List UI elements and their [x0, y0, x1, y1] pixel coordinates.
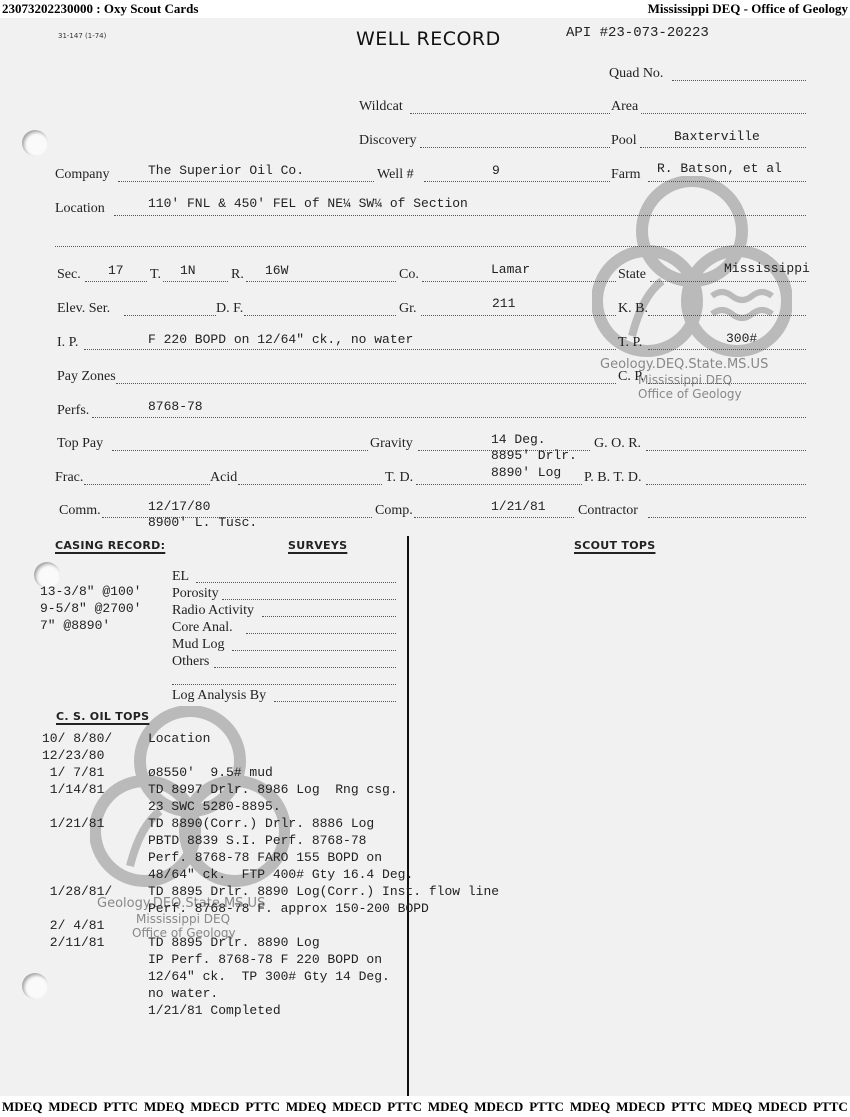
td-value-drlr: 8895' Drlr. [491, 448, 577, 463]
township-label: T. [150, 267, 161, 283]
perfs-value: 8768-78 [148, 399, 203, 414]
sec-field[interactable] [85, 281, 147, 282]
elev-ser-label: Elev. Ser. [57, 301, 110, 317]
footer-tag: PTTC [671, 1099, 706, 1115]
well-no-label: Well # [377, 167, 414, 183]
comp-field[interactable] [414, 517, 574, 518]
farm-label: Farm [611, 167, 641, 183]
entry-text: 12/64" ck. TP 300# Gty 14 Deg. [148, 968, 499, 985]
entry-date: 1/ 7/81 [42, 764, 112, 781]
location-field[interactable] [114, 215, 806, 216]
tp-label: T. P. [618, 335, 642, 351]
entry-text: TD 8997 Drlr. 8986 Log Rng csg. [148, 781, 499, 798]
entry-date: 1/28/81/ [42, 883, 112, 900]
df-label: D. F. [216, 301, 243, 317]
entry-date [42, 832, 112, 849]
casing-line: 9-5/8" @2700' [40, 600, 141, 617]
entry-text: TD 8890(Corr.) Drlr. 8886 Log [148, 815, 499, 832]
footer-tag: MDECD [474, 1099, 523, 1115]
cs-oil-tops-dates: 10/ 8/80/ 12/23/80 1/ 7/81 1/14/81 1/21/… [42, 730, 112, 951]
comm-note: 8900' L. Tusc. [148, 515, 257, 530]
entry-text: no water. [148, 985, 499, 1002]
gr-field[interactable] [421, 315, 616, 316]
tp-field[interactable] [648, 349, 806, 350]
casing-line: 7" @8890' [40, 617, 141, 634]
farm-value: R. Batson, et al [657, 161, 782, 176]
footer-tag: MDECD [616, 1099, 665, 1115]
range-value: 16W [265, 263, 288, 278]
entry-date: 2/ 4/81 [42, 917, 112, 934]
frac-field[interactable] [84, 484, 210, 485]
gravity-label: Gravity [370, 436, 413, 452]
survey-mud-log-field[interactable] [232, 650, 396, 651]
td-field[interactable] [416, 484, 582, 485]
discovery-field[interactable] [420, 147, 610, 148]
header-bar: 23073202230000 : Oxy Scout Cards Mississ… [0, 0, 850, 18]
perfs-field[interactable] [92, 417, 806, 418]
footer-tag: MDEQ [712, 1099, 752, 1115]
cs-oil-tops-heading: C. S. OIL TOPS [56, 710, 149, 723]
gor-field[interactable] [646, 450, 806, 451]
scout-tops-heading: SCOUT TOPS [574, 539, 655, 552]
gor-label: G. O. R. [594, 436, 641, 452]
top-pay-field[interactable] [112, 450, 368, 451]
acid-label: Acid [210, 470, 237, 486]
survey-porosity-label: Porosity [172, 586, 219, 602]
footer-tag: PTTC [103, 1099, 138, 1115]
footer-tag: MDEQ [144, 1099, 184, 1115]
survey-radio-activity-label: Radio Activity [172, 603, 254, 619]
watermark-office: Office of Geology [638, 387, 742, 401]
entry-text: TD 8895 Drlr. 8890 Log(Corr.) Inst. flow… [148, 883, 499, 900]
entry-text: TD 8895 Drlr. 8890 Log [148, 934, 499, 951]
perfs-label: Perfs. [57, 403, 89, 419]
survey-el-label: EL [172, 569, 189, 585]
survey-others-label: Others [172, 654, 209, 670]
footer-tag: PTTC [813, 1099, 848, 1115]
log-analysis-by-field[interactable] [274, 701, 396, 702]
entry-text [148, 747, 499, 764]
watermark-agency: Mississippi DEQ [638, 373, 732, 387]
record-id: 23073202230000 : Oxy Scout Cards [2, 1, 198, 17]
casing-line: 13-3/8" @100' [40, 583, 141, 600]
location-value: 110' FNL & 450' FEL of NE¼ SW¼ of Sectio… [148, 196, 468, 211]
kb-field[interactable] [648, 315, 806, 316]
cp-field[interactable] [648, 383, 806, 384]
log-analysis-by-label: Log Analysis By [172, 688, 266, 704]
area-label: Area [611, 99, 638, 115]
quad-no-label: Quad No. [609, 66, 663, 82]
survey-core-anal-label: Core Anal. [172, 620, 233, 636]
range-label: R. [231, 267, 244, 283]
footer-tag: MDEQ [570, 1099, 610, 1115]
pool-field[interactable] [640, 147, 806, 148]
quad-no-field[interactable] [672, 80, 806, 81]
township-field[interactable] [163, 281, 228, 282]
footer-tag: MDEQ [2, 1099, 42, 1115]
contractor-field[interactable] [648, 517, 806, 518]
well-no-value: 9 [492, 163, 500, 178]
casing-record-list: 13-3/8" @100' 9-5/8" @2700' 7" @8890' [40, 583, 141, 634]
survey-porosity-field[interactable] [222, 599, 396, 600]
df-field[interactable] [244, 315, 396, 316]
gr-label: Gr. [399, 301, 417, 317]
kb-label: K. B. [618, 301, 648, 317]
footer-tag: PTTC [387, 1099, 422, 1115]
punch-hole-icon [22, 973, 48, 999]
pay-zones-label: Pay Zones [57, 369, 116, 385]
entry-date: 2/11/81 [42, 934, 112, 951]
entry-text: PBTD 8839 S.I. Perf. 8768-78 [148, 832, 499, 849]
entry-date [42, 798, 112, 815]
survey-mud-log-label: Mud Log [172, 637, 225, 653]
county-label: Co. [399, 267, 419, 283]
ip-field[interactable] [84, 349, 616, 350]
elev-ser-field[interactable] [124, 315, 216, 316]
entry-date: 1/21/81 [42, 815, 112, 832]
area-field[interactable] [641, 113, 806, 114]
gravity-value: 14 Deg. [491, 432, 546, 447]
company-field[interactable] [118, 181, 374, 182]
entry-date: 10/ 8/80/ [42, 730, 112, 747]
api-number: API #23-073-20223 [566, 25, 709, 41]
county-value: Lamar [491, 262, 530, 277]
footer-tag: MDEQ [428, 1099, 468, 1115]
footer-tag: MDEQ [286, 1099, 326, 1115]
td-label: T. D. [385, 470, 413, 486]
survey-core-anal-field[interactable] [246, 633, 396, 634]
state-label: State [618, 267, 646, 283]
township-value: 1N [180, 263, 196, 278]
top-pay-label: Top Pay [57, 436, 103, 452]
cs-oil-tops-notes: Location ø8550' 9.5# mud TD 8997 Drlr. 8… [148, 730, 499, 1019]
wildcat-field[interactable] [410, 113, 610, 114]
entry-text: 48/64" ck. FTP 400# Gty 16.4 Deg. [148, 866, 499, 883]
scanned-card: Geology.DEQ.State.MS.US Mississippi DEQ … [0, 18, 850, 1096]
location-field-line2[interactable] [55, 246, 806, 247]
sec-value: 17 [108, 263, 124, 278]
comp-value: 1/21/81 [491, 499, 546, 514]
contractor-label: Contractor [578, 503, 638, 519]
comm-value: 12/17/80 [148, 499, 210, 514]
pay-zones-field[interactable] [116, 383, 616, 384]
ip-value: F 220 BOPD on 12/64" ck., no water [148, 332, 413, 347]
footer-bar: MDEQ MDECD PTTC MDEQ MDECD PTTC MDEQ MDE… [0, 1097, 850, 1117]
footer-tag: MDECD [48, 1099, 97, 1115]
entry-text: IP Perf. 8768-78 F 220 BOPD on [148, 951, 499, 968]
survey-radio-activity-field[interactable] [262, 616, 396, 617]
acid-field[interactable] [238, 484, 382, 485]
county-field[interactable] [422, 281, 616, 282]
footer-tag: MDECD [332, 1099, 381, 1115]
footer-tag: PTTC [245, 1099, 280, 1115]
entry-date: 12/23/80 [42, 747, 112, 764]
td-value-log: 8890' Log [491, 465, 561, 480]
entry-text: 1/21/81 Completed [148, 1002, 499, 1019]
comm-label: Comm. [59, 503, 101, 519]
state-value: Mississippi [724, 261, 810, 276]
punch-hole-icon [22, 130, 48, 156]
pool-label: Pool [611, 133, 637, 149]
entry-date [42, 866, 112, 883]
entry-text: 23 SWC 5280-8895. [148, 798, 499, 815]
location-label: Location [55, 201, 105, 217]
agency-name: Mississippi DEQ - Office of Geology [648, 1, 848, 17]
range-field[interactable] [246, 281, 396, 282]
gr-value: 211 [492, 296, 515, 311]
survey-blank-field[interactable] [172, 684, 396, 685]
surveys-heading: SURVEYS [288, 539, 347, 552]
company-value: The Superior Oil Co. [148, 163, 304, 178]
footer-tag: PTTC [529, 1099, 564, 1115]
well-no-field[interactable] [424, 181, 610, 182]
survey-others-field[interactable] [214, 667, 396, 668]
footer-tag: MDECD [758, 1099, 807, 1115]
entry-text: ø8550' 9.5# mud [148, 764, 499, 781]
comp-label: Comp. [375, 503, 413, 519]
entry-text: Location [148, 730, 499, 747]
footer-tag: MDECD [190, 1099, 239, 1115]
entry-date: 1/14/81 [42, 781, 112, 798]
farm-field[interactable] [648, 181, 806, 182]
frac-label: Frac. [55, 470, 83, 486]
cp-label: C. P. [618, 369, 644, 385]
entry-date [42, 849, 112, 866]
entry-text: Perf. 8768-78 FARO 155 BOPD on [148, 849, 499, 866]
ip-label: I. P. [57, 335, 78, 351]
wildcat-label: Wildcat [359, 99, 403, 115]
form-number: 31-147 (1-74) [58, 32, 106, 40]
page-title: WELL RECORD [356, 28, 501, 50]
sec-label: Sec. [57, 267, 81, 283]
tp-value: 300# [726, 331, 757, 346]
company-label: Company [55, 167, 109, 183]
pbtd-label: P. B. T. D. [584, 470, 641, 486]
entry-date [42, 900, 112, 917]
survey-el-field[interactable] [196, 582, 396, 583]
state-field[interactable] [650, 281, 806, 282]
discovery-label: Discovery [359, 133, 417, 149]
entry-text: Perf. 8768-78 F. approx 150-200 BOPD [148, 900, 499, 917]
pool-value: Baxterville [674, 129, 760, 144]
pbtd-field[interactable] [646, 484, 806, 485]
entry-text [148, 917, 499, 934]
casing-record-heading: CASING RECORD: [55, 539, 165, 552]
